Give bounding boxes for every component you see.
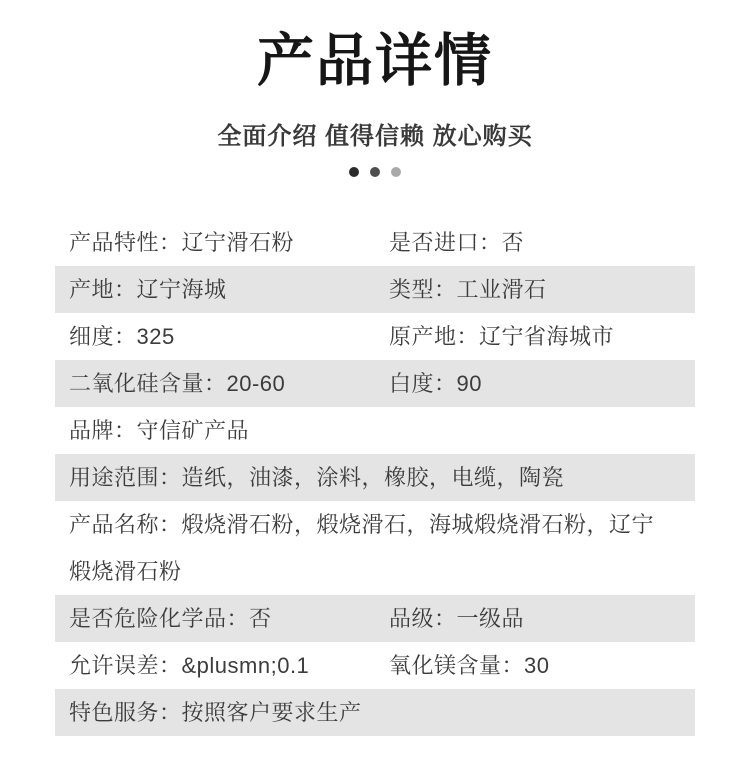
pagination-dot-2: [370, 167, 380, 177]
spec-row: 产地：辽宁海城类型：工业滑石: [55, 266, 695, 313]
spec-cell: 氧化镁含量：30: [389, 642, 549, 689]
spec-cell: 产品名称：煅烧滑石粉，煅烧滑石，海城煅烧滑石粉，辽宁煅烧滑石粉: [69, 501, 659, 595]
page-subtitle: 全面介绍 值得信赖 放心购买: [0, 116, 750, 151]
spec-cell: 用途范围：造纸，油漆，涂料，橡胶，电缆，陶瓷: [69, 454, 564, 501]
spec-cell: 类型：工业滑石: [389, 266, 547, 313]
spec-cell: 是否进口：否: [389, 219, 524, 266]
pagination-dot-1: [349, 167, 359, 177]
spec-cell: 细度：325: [69, 313, 389, 360]
product-detail-page: 产品详情 全面介绍 值得信赖 放心购买 产品特性：辽宁滑石粉是否进口：否产地：辽…: [0, 0, 750, 773]
spec-row: 允许误差：&plusmn;0.1氧化镁含量：30: [55, 642, 695, 689]
spec-cell: 特色服务：按照客户要求生产: [69, 689, 362, 736]
page-title: 产品详情: [0, 30, 750, 94]
spec-row: 产品特性：辽宁滑石粉是否进口：否: [55, 219, 695, 266]
spec-row: 二氧化硅含量：20-60白度：90: [55, 360, 695, 407]
spec-cell: 产品特性：辽宁滑石粉: [69, 219, 389, 266]
spec-table: 产品特性：辽宁滑石粉是否进口：否产地：辽宁海城类型：工业滑石细度：325原产地：…: [55, 219, 695, 736]
spec-cell: 白度：90: [389, 360, 482, 407]
spec-row: 品牌：守信矿产品: [55, 407, 695, 454]
spec-row: 特色服务：按照客户要求生产: [55, 689, 695, 736]
spec-row: 产品名称：煅烧滑石粉，煅烧滑石，海城煅烧滑石粉，辽宁煅烧滑石粉: [55, 501, 695, 595]
spec-row: 用途范围：造纸，油漆，涂料，橡胶，电缆，陶瓷: [55, 454, 695, 501]
spec-cell: 原产地：辽宁省海城市: [389, 313, 614, 360]
spec-cell: 是否危险化学品：否: [69, 595, 389, 642]
spec-row: 是否危险化学品：否品级：一级品: [55, 595, 695, 642]
spec-row: 细度：325原产地：辽宁省海城市: [55, 313, 695, 360]
pagination-dot-3: [391, 167, 401, 177]
spec-cell: 品级：一级品: [389, 595, 524, 642]
pagination-dots: [0, 167, 750, 177]
spec-cell: 二氧化硅含量：20-60: [69, 360, 389, 407]
spec-cell: 允许误差：&plusmn;0.1: [69, 642, 389, 689]
spec-cell: 品牌：守信矿产品: [69, 407, 249, 454]
spec-cell: 产地：辽宁海城: [69, 266, 389, 313]
page-header: 产品详情 全面介绍 值得信赖 放心购买: [0, 0, 750, 177]
